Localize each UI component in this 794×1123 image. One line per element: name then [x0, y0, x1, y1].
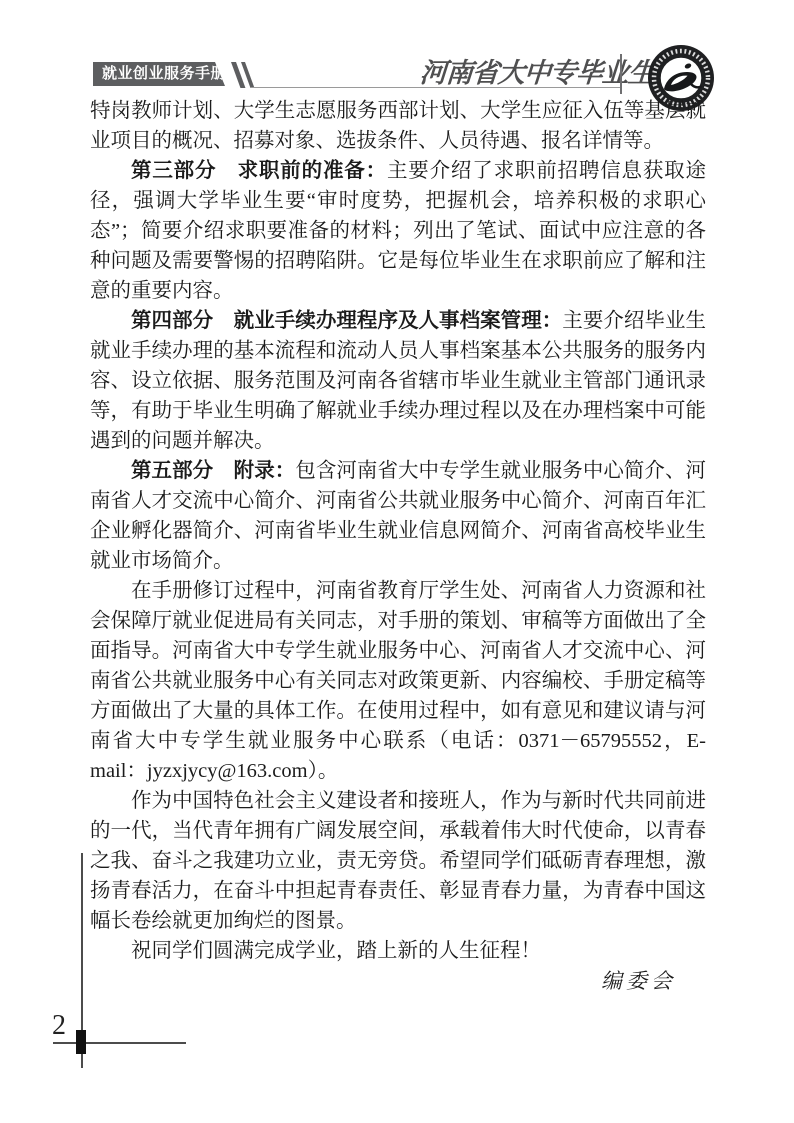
signature: 编委会 [90, 966, 706, 996]
paragraph-text: 特岗教师计划、大学生志愿服务西部计划、大学生应征入伍等基层就业项目的概况、招募对… [90, 100, 706, 152]
paragraph-lead: 第四部分 就业手续办理程序及人事档案管理： [131, 310, 562, 332]
header-separator [620, 54, 622, 94]
handbook-page: 就业创业服务手册 河南省大中专毕业生 特岗教师计划、大学生志愿服务西部计划、大学… [0, 0, 794, 1123]
paragraph: 特岗教师计划、大学生志愿服务西部计划、大学生应征入伍等基层就业项目的概况、招募对… [90, 96, 706, 156]
paragraph-lead: 第三部分 求职前的准备： [131, 160, 387, 182]
page-marker-block [76, 1030, 86, 1054]
footer-horizontal-rule [53, 1042, 186, 1044]
paragraph: 作为中国特色社会主义建设者和接班人，作为与新时代共同前进的一代，当代青年拥有广阔… [90, 786, 706, 936]
paragraph: 第五部分 附录：包含河南省大中专学生就业服务中心简介、河南省人才交流中心简介、河… [90, 456, 706, 576]
header-badge: 就业创业服务手册 [93, 62, 225, 86]
paragraph-text: 作为中国特色社会主义建设者和接班人，作为与新时代共同前进的一代，当代青年拥有广阔… [90, 790, 706, 932]
paragraph: 在手册修订过程中，河南省教育厅学生处、河南省人力资源和社会保障厅就业促进局有关同… [90, 576, 706, 786]
body-text: 特岗教师计划、大学生志愿服务西部计划、大学生应征入伍等基层就业项目的概况、招募对… [90, 96, 706, 996]
page-number: 2 [52, 1010, 66, 1042]
paragraph: 祝同学们圆满完成学业，踏上新的人生征程！ [90, 936, 706, 966]
page-title: 河南省大中专毕业生 [419, 51, 618, 90]
paragraph-lead: 第五部分 附录： [131, 460, 295, 482]
header-badge-label: 就业创业服务手册 [102, 65, 226, 82]
paragraph: 第四部分 就业手续办理程序及人事档案管理：主要介绍毕业生就业手续办理的基本流程和… [90, 306, 706, 456]
paragraph: 第三部分 求职前的准备：主要介绍了求职前招聘信息获取途径，强调大学毕业生要“审时… [90, 156, 706, 306]
paragraph-text: 在手册修订过程中，河南省教育厅学生处、河南省人力资源和社会保障厅就业促进局有关同… [90, 580, 706, 782]
paragraph-text: 祝同学们圆满完成学业，踏上新的人生征程！ [131, 940, 541, 962]
